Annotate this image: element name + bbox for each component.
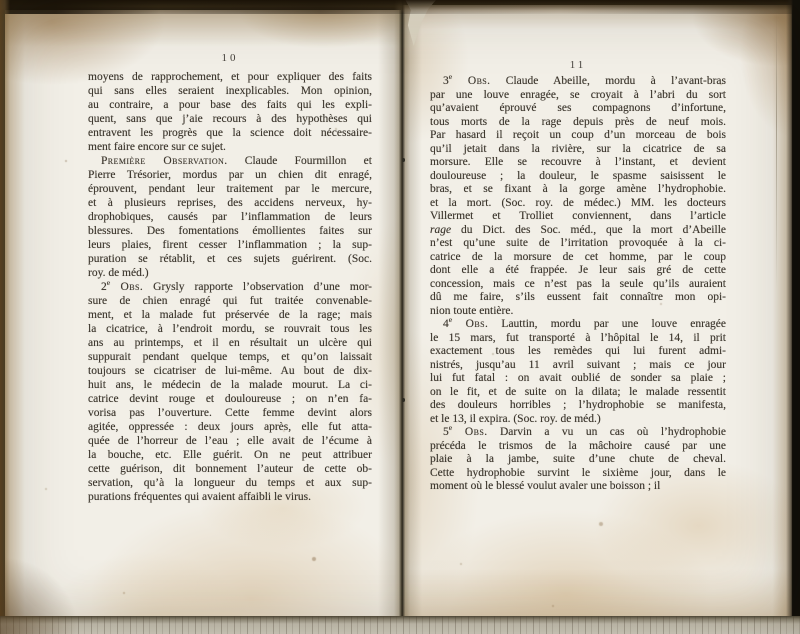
text-line: moment où le blessé voulut avaler une bo… (430, 480, 726, 494)
text-line: la bouche, etc. Elle guérit. On ne peut … (88, 448, 372, 462)
text-segment: ans au printemps, et il en résultait un … (88, 337, 372, 349)
text-line: ment, et la malade fut préservée de la r… (88, 308, 372, 322)
text-segment: la bouche, etc. Elle guérit. On ne peut … (88, 449, 372, 461)
text-line: on le fit, et de suite on la dilata; le … (430, 386, 726, 400)
text-line: vorisa pas l’ouverture. Cette femme devi… (88, 406, 372, 420)
text-segment: rage (430, 224, 451, 236)
text-line: et à plusieurs reprises, des accidens ne… (88, 196, 372, 210)
text-line: Pierre Trésorier, mordus par un chien di… (88, 168, 372, 182)
bottom-left-stain (0, 556, 80, 634)
text-line: 4e Obs. Lauttin, mordu par une louve enr… (430, 318, 726, 332)
text-line: douloureuse ; la douleur, le spasme sais… (430, 170, 726, 184)
text-segment: catrice de la morsure de cet homme, par … (430, 251, 726, 263)
text-line: moyens de rapprochement, et pour expliqu… (88, 70, 372, 84)
text-segment: moyens de rapprochement, et pour expliqu… (88, 71, 372, 83)
scan-edge-top (0, 0, 800, 14)
text-segment: tous morts de la rage depuis près de neu… (430, 116, 726, 128)
text-line: servation, qu’à la longueur du temps et … (88, 476, 372, 490)
text-line: rage du Dict. des Soc. méd., que la mort… (430, 224, 726, 238)
text-line: tous morts de la rage depuis près de neu… (430, 116, 726, 130)
right-page: 11 3e Obs. Claude Abeille, mordu à l’ava… (402, 5, 792, 618)
paragraph: 3e Obs. Claude Abeille, mordu à l’avant-… (430, 75, 726, 318)
text-segment: Claude Abeille, mordu à l’avant-bras (490, 75, 726, 87)
paragraph: 4e Obs. Lauttin, mordu par une louve enr… (430, 318, 726, 426)
text-line: Par hasard il reçoit un coup d’un morcea… (430, 129, 726, 143)
text-line: catrice devint rouge et douloureuse ; on… (88, 392, 372, 406)
text-segment: agitée, oppressée : deux jours après, el… (88, 421, 372, 433)
text-segment: Darvin a vu un cas où l’hydrophobie (488, 426, 726, 438)
left-page: 10 moyens de rapprochement, et pour expl… (5, 10, 402, 617)
text-segment: Obs. (452, 318, 488, 330)
stitch-hole (402, 398, 405, 402)
text-segment: Première Observation. (101, 155, 227, 167)
text-segment: quent, sans que j’aie recours à des hypo… (88, 113, 372, 125)
text-segment: sure de chien enragé qui fut traitée con… (88, 295, 372, 307)
text-segment: Lauttin, mordu par une louve enragée (488, 318, 726, 330)
text-segment: n’est qu’une suite de l’irritation provo… (430, 237, 726, 249)
text-line: sure de chien enragé qui fut traitée con… (88, 294, 372, 308)
text-line: 2e Obs. Grysly rapporte l’observation d’… (88, 280, 372, 294)
scan-edge-left (0, 0, 10, 634)
text-line: bras, et se fixant à la gorge amène l’hy… (430, 183, 726, 197)
stitch-hole (402, 158, 405, 162)
text-segment: Cette hydrophobie survint le sixième jou… (430, 467, 726, 479)
text-line: blessures. Des fomentations émollientes … (88, 224, 372, 238)
text-line: puration se rétablit, et ces sujets guér… (88, 252, 372, 266)
text-segment: et la mort. (Soc. roy. de médec.) MM. le… (430, 197, 726, 209)
page-number-right: 11 (430, 59, 726, 71)
text-segment: nistrés, jusqu’au 11 avril suivant ; mai… (430, 359, 726, 371)
text-line: purations fréquentes qui avaient affaibl… (88, 490, 372, 504)
text-line: Villermet et Trolliet conviennent, dans … (430, 210, 726, 224)
text-segment: Pierre Trésorier, mordus par un chien di… (88, 169, 372, 181)
text-segment: moment où le blessé voulut avaler une bo… (430, 480, 660, 492)
text-line: leurs plaies, firent cesser l’inflammati… (88, 238, 372, 252)
paragraph: moyens de rapprochement, et pour expliqu… (88, 70, 372, 154)
text-line: des douleurs horribles ; l’hydrophobie s… (430, 399, 726, 413)
text-line: quent, sans que j’aie recours à des hypo… (88, 112, 372, 126)
text-line: dû me faire, s’ils eussent fait connaîtr… (430, 291, 726, 305)
text-segment: des douleurs horribles ; l’hydrophobie s… (430, 399, 726, 411)
text-segment: quée de l’horreur de l’eau ; elle avait … (88, 435, 372, 447)
text-line: quée de l’horreur de l’eau ; elle avait … (88, 434, 372, 448)
text-segment: Obs. (452, 75, 490, 87)
text-segment: et le 13, il expira. (Soc. roy. de méd.) (430, 413, 601, 425)
text-segment: la cicatrice, à l’endroit mordu, se rouv… (88, 323, 372, 335)
text-segment: on le fit, et de suite on la dilata; le … (430, 386, 726, 398)
text-segment: roy. de méd.) (88, 267, 149, 279)
text-segment: qu’il jetait dans la rivière, sur la cic… (430, 143, 726, 155)
text-segment: servation, qu’à la longueur du temps et … (88, 477, 372, 489)
left-page-text-column: moyens de rapprochement, et pour expliqu… (88, 70, 372, 504)
text-line: 5e Obs. Darvin a vu un cas où l’hydropho… (430, 426, 726, 440)
text-line: qu’avaient éprouvé ses compagnons d’info… (430, 102, 726, 116)
text-segment: éprouvent, pendant leur traitement par l… (88, 183, 372, 195)
text-line: concession, mais ce n’est pas la seule q… (430, 278, 726, 292)
paragraph: Première Observation. Claude Fourmillon … (88, 154, 372, 280)
text-segment: blessures. Des fomentations émollientes … (88, 225, 372, 237)
text-line: qui sans elles seraient inexplicables. M… (88, 84, 372, 98)
book-scan: 10 moyens de rapprochement, et pour expl… (0, 0, 800, 634)
text-segment: cette guérison, dit bonnement l’auteur d… (88, 463, 372, 475)
text-line: ment faire encore sur ce sujet. (88, 140, 372, 154)
page-number-left: 10 (88, 52, 372, 64)
text-segment: bras, et se fixant à la gorge amène l’hy… (430, 183, 726, 195)
text-segment: lui fut fatal : on avait oublié de sonde… (430, 372, 726, 384)
text-segment: purations fréquentes qui avaient affaibl… (88, 491, 311, 503)
text-line: morsure. Elle se recouvre à l’instant, e… (430, 156, 726, 170)
text-segment: précéda le trismos de la mâchoire causé … (430, 440, 726, 452)
right-page-text-column: 3e Obs. Claude Abeille, mordu à l’avant-… (430, 75, 726, 494)
text-line: toujours se cicatriser de lui-même. Au b… (88, 364, 372, 378)
text-line: le 15 mars, fut transporté à l’hôpital l… (430, 332, 726, 346)
text-segment: au contraire, a pour base des faits qui … (88, 99, 372, 111)
text-line: la cicatrice, à l’endroit mordu, se rouv… (88, 322, 372, 336)
text-segment: Obs. (452, 426, 487, 438)
text-line: roy. de méd.) (88, 266, 372, 280)
text-line: huit ans, le médecin de la malade mourut… (88, 378, 372, 392)
text-line: entravent les progrès que la science doi… (88, 126, 372, 140)
text-line: n’est qu’une suite de l’irritation provo… (430, 237, 726, 251)
text-line: éprouvent, pendant leur traitement par l… (88, 182, 372, 196)
text-line: Cette hydrophobie survint le sixième jou… (430, 467, 726, 481)
text-segment: puration se rétablit, et ces sujets guér… (88, 253, 372, 265)
text-segment: vorisa pas l’ouverture. Cette femme devi… (88, 407, 372, 419)
text-segment: Obs. (110, 281, 143, 293)
page-stack-bottom-edge (0, 616, 800, 634)
text-segment: toujours se cicatriser de lui-même. Au b… (88, 365, 372, 377)
text-segment: leurs plaies, firent cesser l’inflammati… (88, 239, 372, 251)
text-line: Première Observation. Claude Fourmillon … (88, 154, 372, 168)
text-line: catrice de la morsure de cet homme, par … (430, 251, 726, 265)
text-line: par une louve enragée, se croyait à l’ab… (430, 89, 726, 103)
text-segment: huit ans, le médecin de la malade mourut… (88, 379, 372, 391)
text-segment: qu’avaient éprouvé ses compagnons d’info… (430, 102, 726, 114)
page-crease (776, 10, 777, 290)
text-segment: Claude Fourmillon et (227, 155, 372, 167)
paragraph: 2e Obs. Grysly rapporte l’observation d’… (88, 280, 372, 504)
text-line: nistrés, jusqu’au 11 avril suivant ; mai… (430, 359, 726, 373)
text-line: dont elle a été frappée. Je leur sais gr… (430, 264, 726, 278)
text-segment: du Dict. des Soc. méd., que la mort d’Ab… (451, 224, 726, 236)
text-segment: Grysly rapporte l’observation d’une mor- (143, 281, 372, 293)
text-line: et la mort. (Soc. roy. de médec.) MM. le… (430, 197, 726, 211)
text-segment: nion toute entière. (430, 305, 513, 317)
binding-gutter (394, 0, 410, 634)
text-segment: ment faire encore sur ce sujet. (88, 141, 226, 153)
text-segment: dû me faire, s’ils eussent fait connaîtr… (430, 291, 726, 303)
text-segment: qui sans elles seraient inexplicables. M… (88, 85, 372, 97)
text-line: et le 13, il expira. (Soc. roy. de méd.) (430, 413, 726, 427)
text-segment: et à plusieurs reprises, des accidens ne… (88, 197, 372, 209)
text-segment: drophobiques, causés par l’inflammation … (88, 211, 372, 223)
text-line: cette guérison, dit bonnement l’auteur d… (88, 462, 372, 476)
text-line: exactement tous les remèdes qui lui fure… (430, 345, 726, 359)
text-line: au contraire, a pour base des faits qui … (88, 98, 372, 112)
text-line: plaie à la jambe, suite d’une chute de c… (430, 453, 726, 467)
text-line: ans au printemps, et il en résultait un … (88, 336, 372, 350)
text-line: 3e Obs. Claude Abeille, mordu à l’avant-… (430, 75, 726, 89)
text-segment: suppurait pendant quelque temps, et qu’o… (88, 351, 372, 363)
text-segment: exactement tous les remèdes qui lui fure… (430, 345, 726, 357)
text-segment: Villermet et Trolliet conviennent, dans … (430, 210, 726, 222)
text-segment: catrice devint rouge et douloureuse ; on… (88, 393, 372, 405)
text-segment: Par hasard il reçoit un coup d’un morcea… (430, 129, 726, 141)
text-segment: morsure. Elle se recouvre à l’instant, e… (430, 156, 726, 168)
text-segment: concession, mais ce n’est pas la seule q… (430, 278, 726, 290)
text-segment: douloureuse ; la douleur, le spasme sais… (430, 170, 726, 182)
text-segment: par une louve enragée, se croyait à l’ab… (430, 89, 726, 101)
scan-edge-right (786, 0, 800, 634)
text-line: nion toute entière. (430, 305, 726, 319)
text-line: lui fut fatal : on avait oublié de sonde… (430, 372, 726, 386)
text-line: qu’il jetait dans la rivière, sur la cic… (430, 143, 726, 157)
text-segment: entravent les progrès que la science doi… (88, 127, 372, 139)
text-line: agitée, oppressée : deux jours après, el… (88, 420, 372, 434)
text-line: drophobiques, causés par l’inflammation … (88, 210, 372, 224)
text-segment: ment, et la malade fut préservée de la r… (88, 309, 372, 321)
text-line: précéda le trismos de la mâchoire causé … (430, 440, 726, 454)
text-segment: dont elle a été frappée. Je leur sais gr… (430, 264, 726, 276)
text-line: suppurait pendant quelque temps, et qu’o… (88, 350, 372, 364)
paragraph: 5e Obs. Darvin a vu un cas où l’hydropho… (430, 426, 726, 494)
text-segment: plaie à la jambe, suite d’une chute de c… (430, 453, 726, 465)
text-segment: le 15 mars, fut transporté à l’hôpital l… (430, 332, 726, 344)
